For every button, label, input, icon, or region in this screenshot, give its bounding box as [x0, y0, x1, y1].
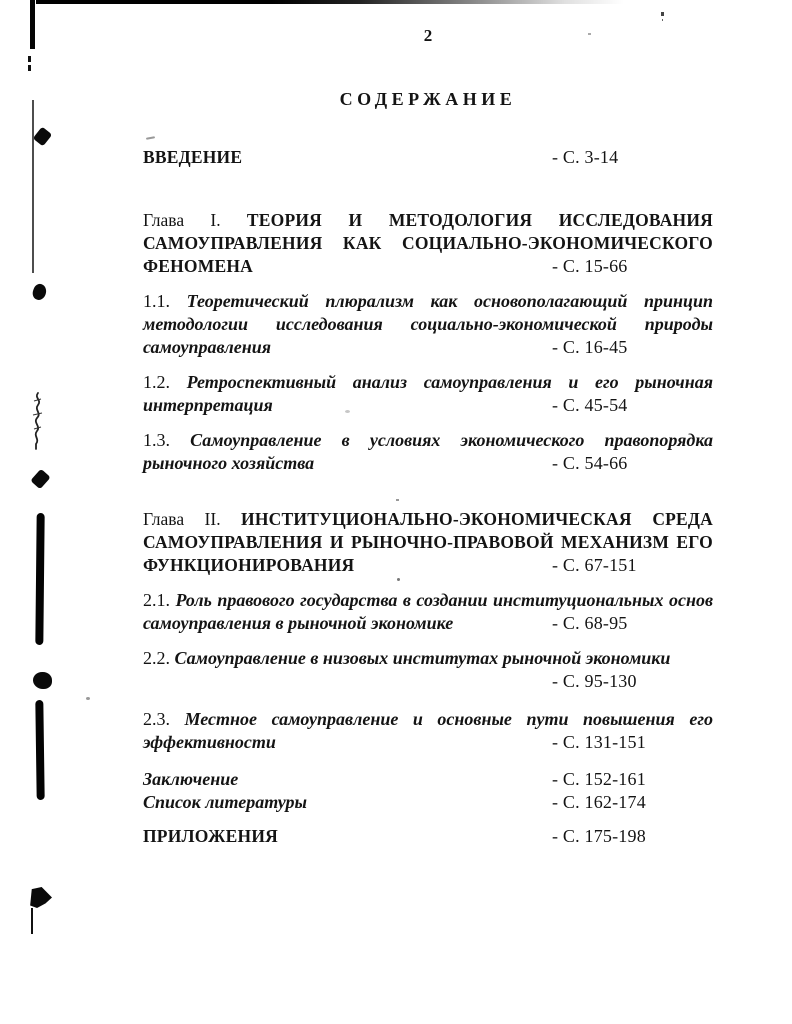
page-range: - С. 95-130 [552, 670, 637, 693]
contents-title: СОДЕРЖАНИЕ [143, 88, 713, 110]
entry-number: Глава II. [143, 509, 221, 529]
scan-speck [661, 12, 664, 16]
entry-title-text: ФЕНОМЕНА [143, 256, 253, 276]
entry-title-text: Теоретический плюрализм как основополага… [187, 291, 713, 311]
toc-entry-section-1-1: 1.1. Теоретический плюрализм как основоп… [143, 290, 713, 359]
entry-title-text: САМОУПРАВЛЕНИЯ КАК СОЦИАЛЬНО-ЭКОНОМИЧЕСК… [143, 233, 713, 253]
page-range: - С. 162-174 [552, 791, 646, 814]
binding-hole-mark-1 [33, 127, 52, 147]
toc-entry-section-2-1: 2.1. Роль правового государства в создан… [143, 589, 713, 635]
toc-line: Заключение- С. 152-161 [143, 768, 713, 791]
scan-top-edge-line [36, 0, 624, 4]
toc-line: Глава II. ИНСТИТУЦИОНАЛЬНО-ЭКОНОМИЧЕСКАЯ… [143, 508, 713, 531]
toc-line: 1.2. Ретроспективный анализ самоуправлен… [143, 371, 713, 394]
binding-thin-line [32, 100, 34, 273]
toc-entry-introduction: ВВЕДЕНИЕ- С. 3-14 [143, 146, 713, 169]
toc-line: 2.1. Роль правового государства в создан… [143, 589, 713, 612]
toc-line: 1.1. Теоретический плюрализм как основоп… [143, 290, 713, 313]
page-range: - С. 152-161 [552, 768, 646, 791]
toc-line: самоуправления в рыночной экономике- С. … [143, 612, 713, 635]
page-range: - С. 131-151 [552, 731, 646, 754]
toc-entry-section-1-3: 1.3. Самоуправление в условиях экономиче… [143, 429, 713, 475]
page-range: - С. 68-95 [552, 612, 628, 635]
entry-title-text: эффективности [143, 732, 276, 752]
binding-flag-mark [29, 887, 52, 908]
entry-number: Глава I. [143, 210, 221, 230]
binding-smear-band-1 [35, 513, 44, 645]
toc-line: 1.3. Самоуправление в условиях экономиче… [143, 429, 713, 452]
toc-line: Список литературы- С. 162-174 [143, 791, 713, 814]
entry-title-text: САМОУПРАВЛЕНИЯ И РЫНОЧНО-ПРАВОВОЙ МЕХАНИ… [143, 532, 713, 552]
binding-hole-mark-4 [33, 672, 52, 689]
scan-speck [146, 136, 155, 140]
scan-corner-vertical-line [30, 0, 35, 49]
toc-line: ПРИЛОЖЕНИЯ- С. 175-198 [143, 825, 713, 848]
toc-line: самоуправления- С. 16-45 [143, 336, 713, 359]
page-range: - С. 16-45 [552, 336, 628, 359]
toc-line: рыночного хозяйства- С. 54-66 [143, 452, 713, 475]
entry-title-text: Самоуправление в условиях экономического… [190, 430, 713, 450]
page-range: - С. 67-151 [552, 554, 637, 577]
toc-line: ВВЕДЕНИЕ- С. 3-14 [143, 146, 713, 169]
page-number: 2 [143, 26, 713, 46]
binding-smear-band-2 [35, 700, 44, 800]
entry-number: 1.2. [143, 372, 170, 392]
entry-title-text: ТЕОРИЯ И МЕТОДОЛОГИЯ ИССЛЕДОВАНИЯ [247, 210, 713, 230]
entry-title-text: Самоуправление в низовых институтах рыно… [175, 648, 671, 668]
page-range: - С. 15-66 [552, 255, 628, 278]
entry-title-text: Роль правового государства в создании ин… [176, 590, 714, 610]
toc-line: 2.2. Самоуправление в низовых институтах… [143, 647, 713, 670]
page-range: - С. 45-54 [552, 394, 628, 417]
toc-line: Глава I. ТЕОРИЯ И МЕТОДОЛОГИЯ ИССЛЕДОВАН… [143, 209, 713, 232]
toc-entry-chapter-2: Глава II. ИНСТИТУЦИОНАЛЬНО-ЭКОНОМИЧЕСКАЯ… [143, 508, 713, 577]
entry-title-text: ВВЕДЕНИЕ [143, 147, 242, 167]
page-range: - С. 54-66 [552, 452, 628, 475]
toc-entry-chapter-1: Глава I. ТЕОРИЯ И МЕТОДОЛОГИЯ ИССЛЕДОВАН… [143, 209, 713, 278]
entry-number: 2.1. [143, 590, 170, 610]
page-range: - С. 175-198 [552, 825, 646, 848]
table-of-contents: ВВЕДЕНИЕ- С. 3-14Глава I. ТЕОРИЯ И МЕТОД… [143, 146, 713, 848]
toc-line: интерпретация- С. 45-54 [143, 394, 713, 417]
scan-margin-tick [28, 56, 31, 62]
toc-line: эффективности- С. 131-151 [143, 731, 713, 754]
toc-entry-conclusion: Заключение- С. 152-161 [143, 768, 713, 791]
entry-title-text: ИНСТИТУЦИОНАЛЬНО-ЭКОНОМИЧЕСКАЯ СРЕДА [241, 509, 713, 529]
entry-title-text: самоуправления в рыночной экономике [143, 613, 453, 633]
entry-title-text: Ретроспективный анализ самоуправления и … [187, 372, 713, 392]
binding-flag-stem [31, 908, 33, 934]
toc-entry-section-2-2: 2.2. Самоуправление в низовых институтах… [143, 647, 713, 693]
binding-hole-mark-3 [30, 469, 50, 490]
entry-title-text: методологии исследования социально-эконо… [143, 314, 713, 334]
entry-title-text: Список литературы [143, 792, 307, 812]
scan-speck [86, 697, 90, 700]
toc-line: САМОУПРАВЛЕНИЯ И РЫНОЧНО-ПРАВОВОЙ МЕХАНИ… [143, 531, 713, 554]
entry-title-text: самоуправления [143, 337, 271, 357]
toc-entry-bibliography: Список литературы- С. 162-174 [143, 791, 713, 814]
toc-line: 2.3. Местное самоуправление и основные п… [143, 708, 713, 731]
entry-title-text: рыночного хозяйства [143, 453, 314, 473]
toc-line: ФЕНОМЕНА- С. 15-66 [143, 255, 713, 278]
entry-title-text: ФУНКЦИОНИРОВАНИЯ [143, 555, 354, 575]
entry-title-text: ПРИЛОЖЕНИЯ [143, 826, 278, 846]
entry-number: 2.2. [143, 648, 170, 668]
entry-title-text: интерпретация [143, 395, 273, 415]
entry-title-text: Местное самоуправление и основные пути п… [185, 709, 713, 729]
toc-line: ФУНКЦИОНИРОВАНИЯ- С. 67-151 [143, 554, 713, 577]
toc-line: САМОУПРАВЛЕНИЯ КАК СОЦИАЛЬНО-ЭКОНОМИЧЕСК… [143, 232, 713, 255]
toc-entry-section-2-3: 2.3. Местное самоуправление и основные п… [143, 708, 713, 754]
page-range: - С. 3-14 [552, 146, 618, 169]
toc-entry-appendices: ПРИЛОЖЕНИЯ- С. 175-198 [143, 825, 713, 848]
scanned-document-page: 2 СОДЕРЖАНИЕ ВВЕДЕНИЕ- С. 3-14Глава I. Т… [0, 0, 792, 1024]
toc-line: - С. 95-130 [143, 670, 713, 693]
handwritten-scribble-mark [29, 391, 47, 451]
entry-number: 1.3. [143, 430, 170, 450]
entry-title-text: Заключение [143, 769, 238, 789]
entry-number: 2.3. [143, 709, 170, 729]
toc-entry-section-1-2: 1.2. Ретроспективный анализ самоуправлен… [143, 371, 713, 417]
toc-line: методологии исследования социально-эконо… [143, 313, 713, 336]
entry-number: 1.1. [143, 291, 170, 311]
binding-hole-mark-2 [31, 282, 49, 301]
